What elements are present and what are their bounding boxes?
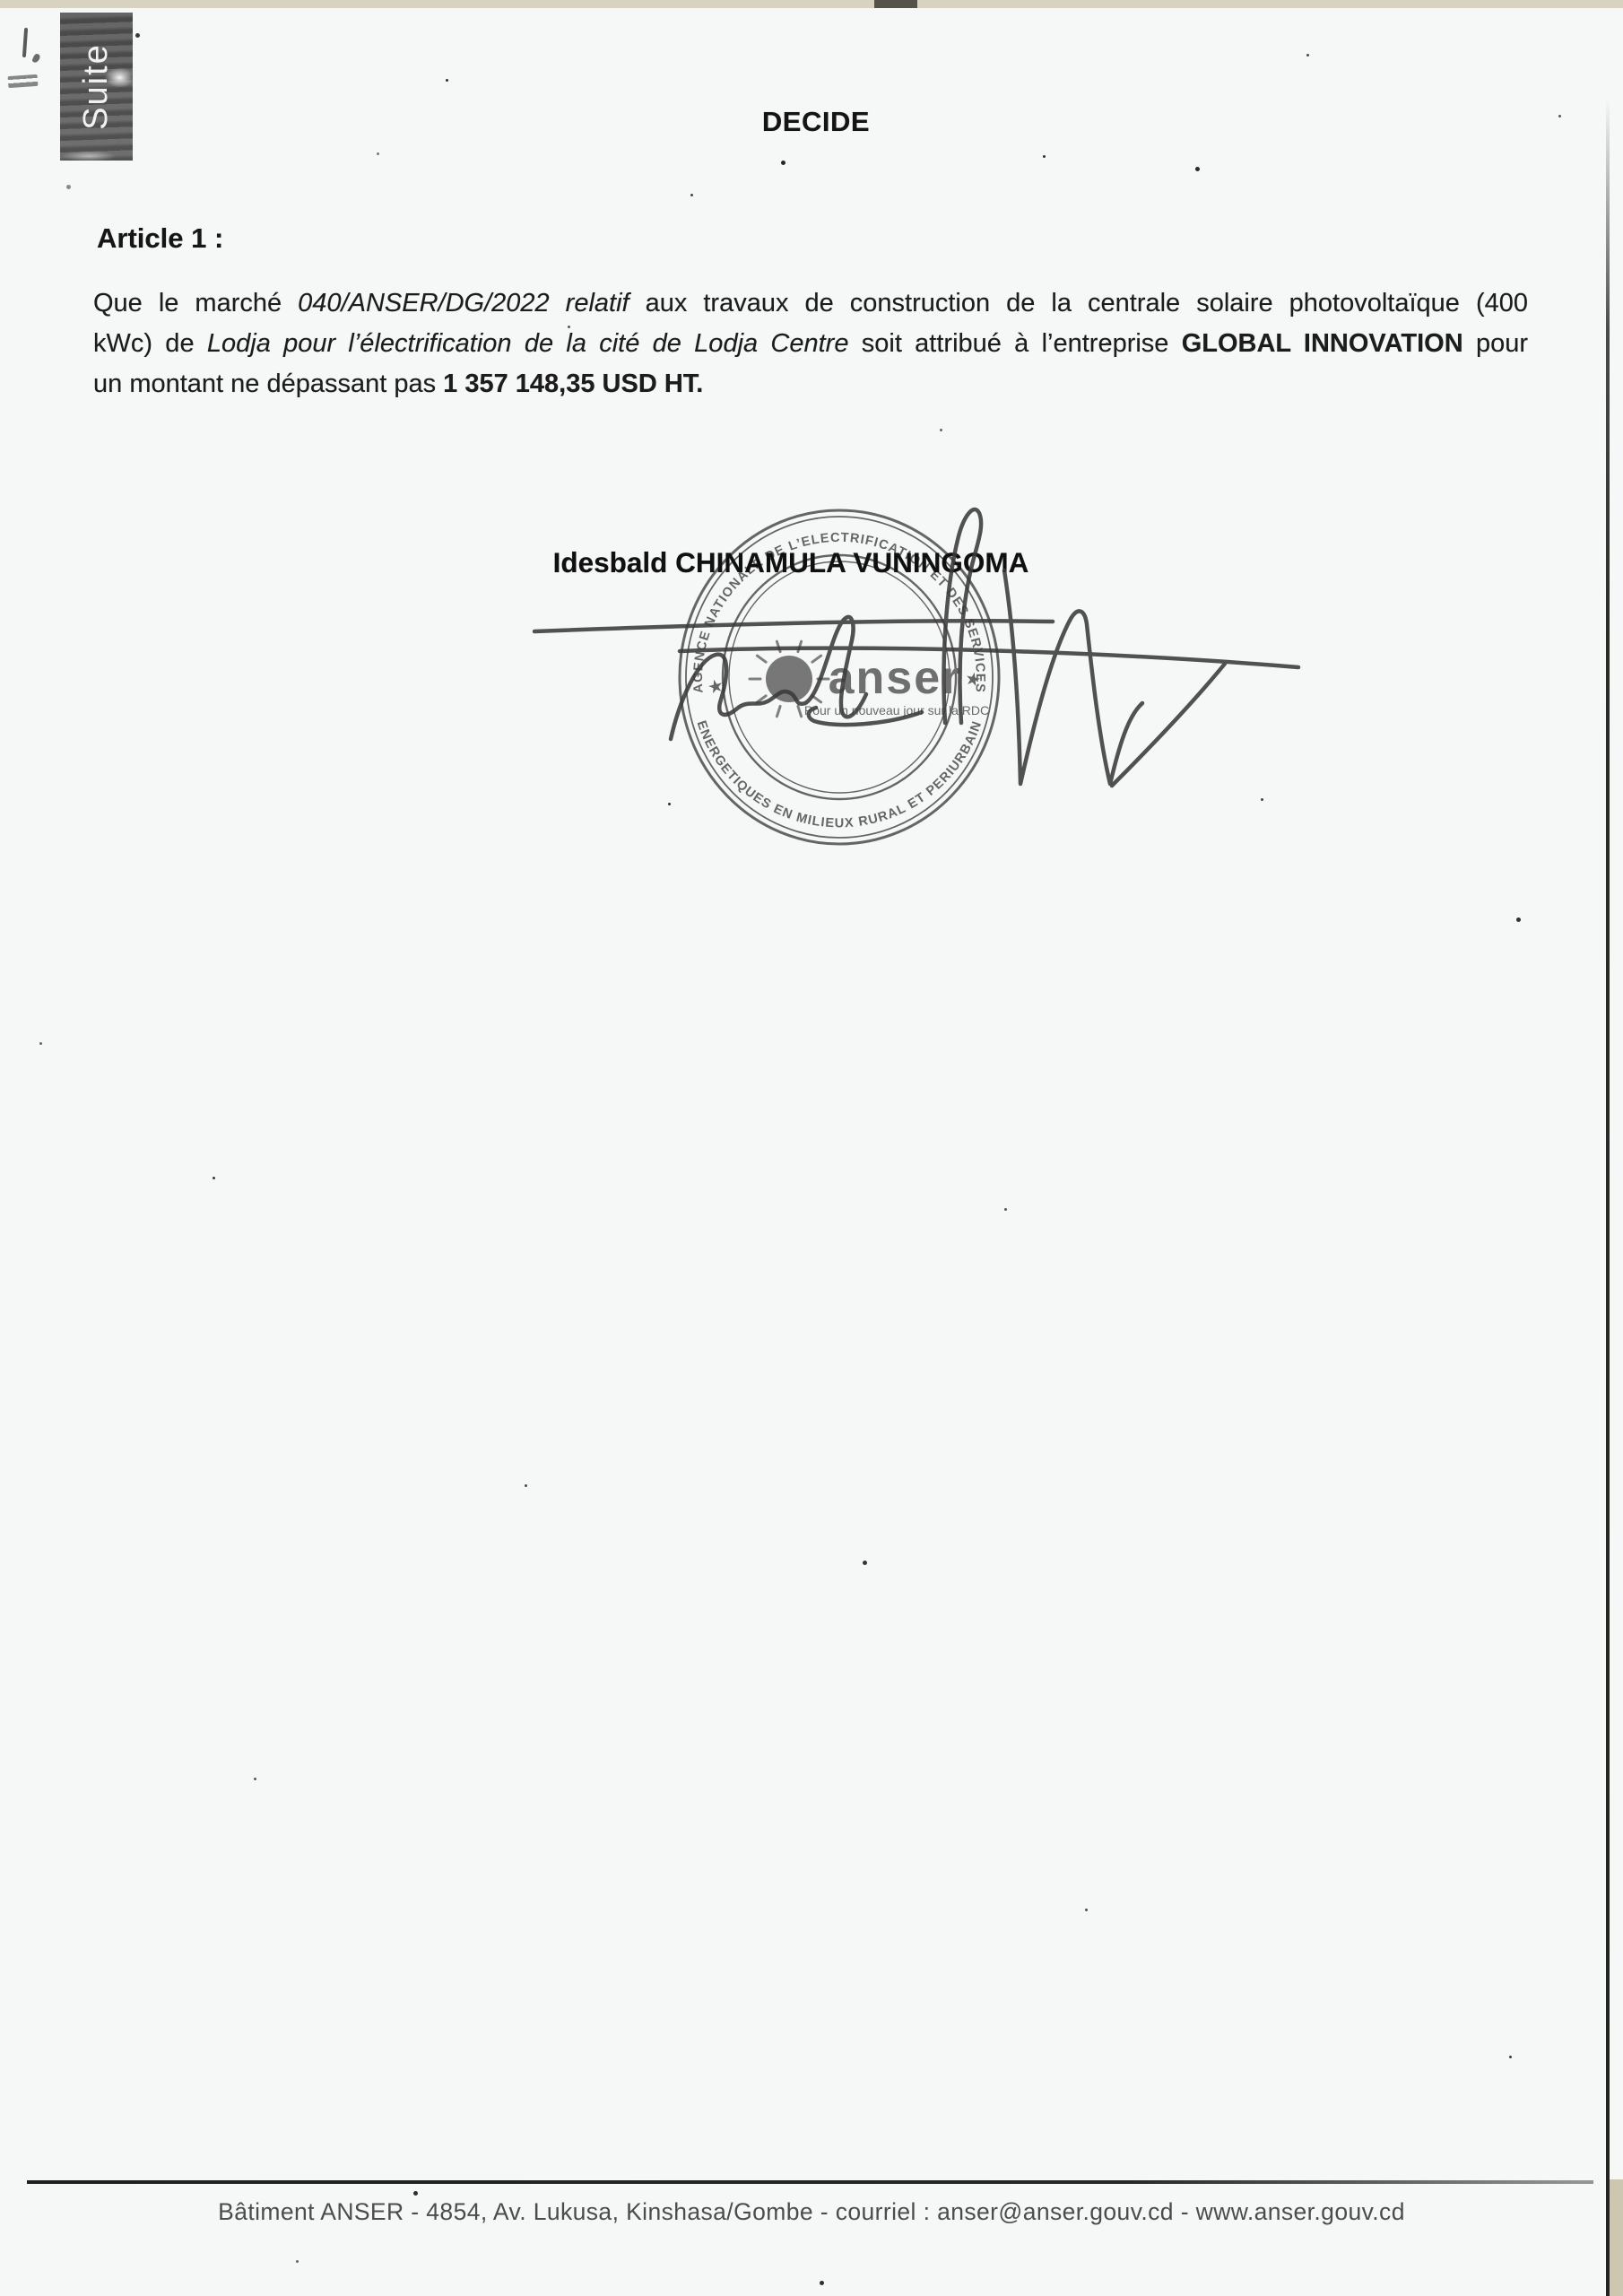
body-text: kWc) de	[93, 329, 207, 358]
page-edge-shadow	[1606, 99, 1610, 2296]
scanner-edge-mark	[874, 0, 917, 8]
footer-address: Bâtiment ANSER - 4854, Av. Lukusa, Kinsh…	[0, 2198, 1623, 2226]
scanned-page: Suite DECIDE Article 1 : Que le marché 0…	[0, 0, 1623, 2296]
body-text: soit attribué à l’entreprise	[848, 329, 1181, 358]
footer-divider	[27, 2180, 1593, 2184]
body-text: un montant ne dépassant pas	[93, 370, 443, 398]
scanner-edge-strip	[0, 0, 1623, 8]
body-text: aux travaux de construction de la centra…	[629, 289, 1528, 317]
handwritten-signature	[502, 484, 1318, 843]
body-text: Que le marché	[93, 289, 298, 317]
decision-title: DECIDE	[0, 106, 1623, 138]
smudge-artifact	[8, 74, 39, 88]
article-line: kWc) de Lodja pour l’électrification de …	[93, 324, 1528, 364]
article-line: un montant ne dépassant pas 1 357 148,35…	[93, 364, 1528, 404]
scanner-edge-corner	[1610, 2179, 1623, 2296]
project-description: Lodja pour l’électrification de la cité …	[207, 329, 849, 358]
suite-continuation-stamp: Suite	[60, 13, 133, 161]
body-text: pour	[1463, 329, 1528, 358]
article-line: Que le marché 040/ANSER/DG/2022 relatif …	[93, 283, 1528, 324]
pen-mark-artifact	[22, 28, 28, 57]
company-name: GLOBAL INNOVATION	[1182, 329, 1463, 358]
article-body: Que le marché 040/ANSER/DG/2022 relatif …	[93, 283, 1528, 404]
contract-reference: 040/ANSER/DG/2022 relatif	[298, 289, 629, 317]
scan-noise-specks	[0, 0, 3, 3]
contract-amount: 1 357 148,35 USD HT.	[443, 370, 703, 398]
pen-mark-artifact	[31, 53, 40, 64]
article-heading: Article 1 :	[97, 222, 223, 255]
